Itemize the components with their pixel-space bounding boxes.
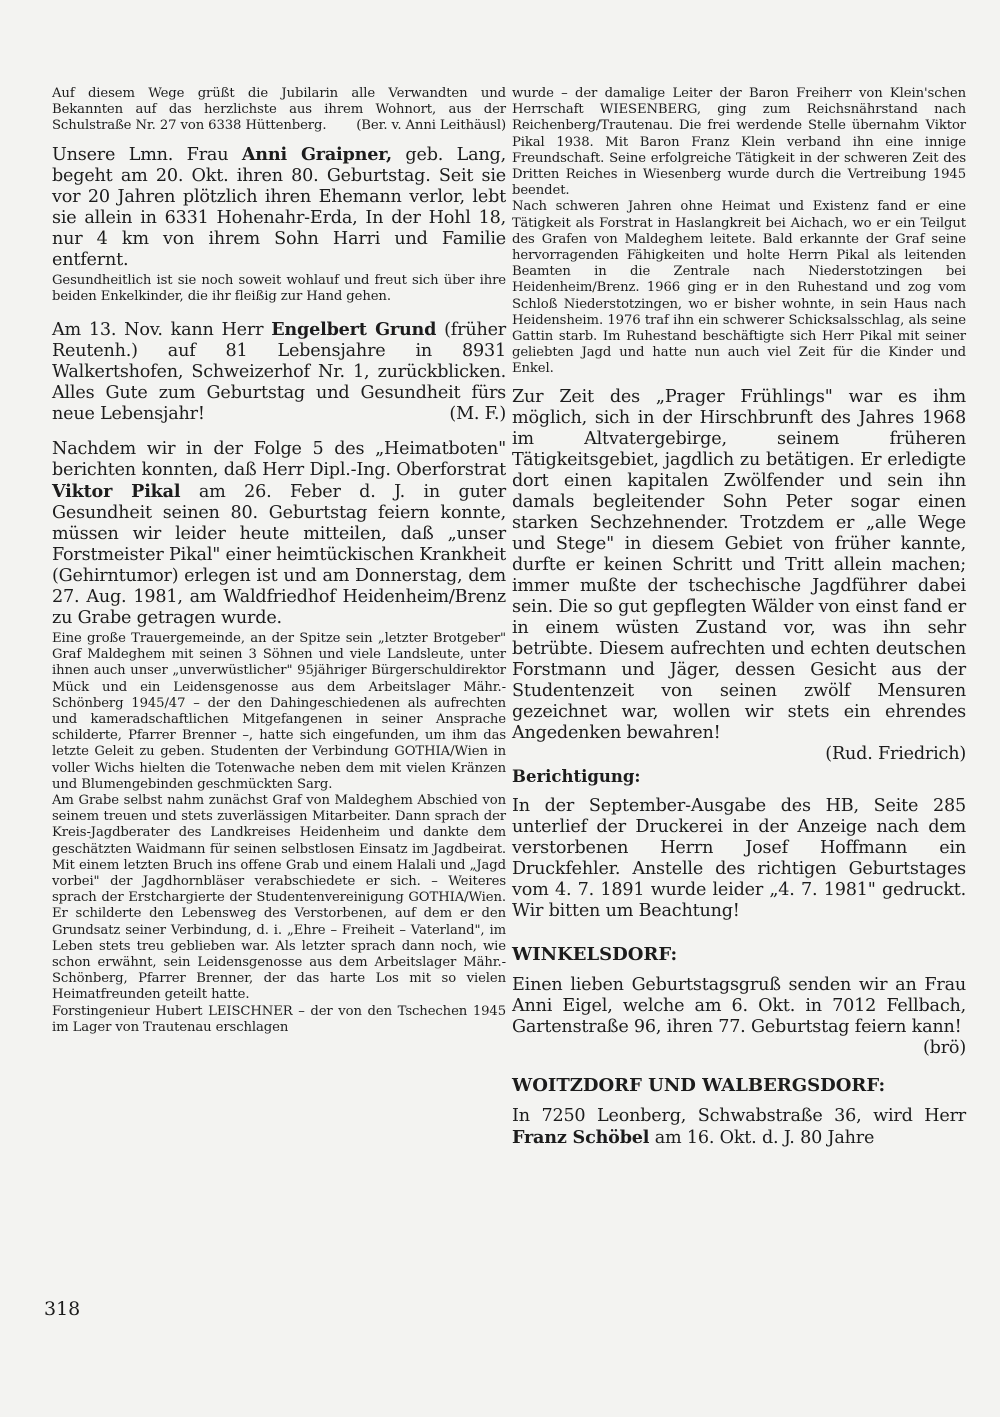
paragraph-leischner: Forstingenieur Hubert LEISCHNER – der vo… (52, 1004, 506, 1036)
paragraph-text: In 7250 Leonberg, Schwabstraße 36, wird … (512, 1106, 966, 1126)
paragraph-viktor-pikal-obituary: Nachdem wir in der Folge 5 des „Heimatbo… (52, 439, 506, 629)
paragraph-anni-eigel: Einen lieben Geburtstagsgruß senden wir … (512, 975, 966, 1059)
author-signature: (M. F.) (449, 404, 506, 425)
paragraph-franz-schoebel: In 7250 Leonberg, Schwabstraße 36, wird … (512, 1106, 966, 1149)
paragraph-wiesenberg: wurde – der damalige Leiter der Baron Fr… (512, 86, 966, 199)
section-heading-berichtigung: Berichtigung: (512, 767, 966, 787)
person-name: Viktor Pikal (52, 481, 180, 502)
person-name: Franz Schöbel (512, 1127, 649, 1148)
paragraph-greeting-huettenberg: Auf diesem Wege grüßt die Jubilarin alle… (52, 86, 506, 135)
author-signature: (brö) (923, 1038, 966, 1059)
person-name: Engelbert Grund (271, 319, 436, 340)
paragraph-health: Gesundheitlich ist sie noch soweit wohla… (52, 273, 506, 305)
author-signature: (Rud. Friedrich) (512, 744, 966, 765)
section-heading-winkelsdorf: WINKELSDORF: (512, 944, 966, 966)
paragraph-text: Nachdem wir in der Folge 5 des „Heimatbo… (52, 439, 506, 480)
left-column: Auf diesem Wege grüßt die Jubilarin alle… (52, 86, 506, 1036)
paragraph-text: Unsere Lmn. Frau (52, 145, 242, 165)
paragraph-after-expulsion: Nach schweren Jahren ohne Heimat und Exi… (512, 199, 966, 377)
section-heading-woitzdorf-walbergsdorf: WOITZDORF UND WALBERGSDORF: (512, 1075, 966, 1097)
paragraph-text: am 26. Feber d. J. in guter Gesundheit s… (52, 482, 506, 628)
paragraph-text: Einen lieben Geburtstagsgruß senden wir … (512, 975, 966, 1037)
paragraph-text: am 16. Okt. d. J. 80 Jahre (649, 1128, 874, 1148)
paragraph-text: Am 13. Nov. kann Herr (52, 320, 271, 340)
paragraph-anni-graipner: Unsere Lmn. Frau Anni Graipner, geb. Lan… (52, 144, 506, 271)
paragraph-prague-spring: Zur Zeit des „Prager Frühlings" war es i… (512, 387, 966, 744)
paragraph-graveside: Am Grabe selbst nahm zunächst Graf von M… (52, 793, 506, 1004)
author-signature: (Ber. v. Anni Leithäusl) (356, 118, 506, 134)
paragraph-engelbert-grund: Am 13. Nov. kann Herr Engelbert Grund (f… (52, 319, 506, 425)
newspaper-page: Auf diesem Wege grüßt die Jubilarin alle… (0, 0, 1000, 1417)
right-column: wurde – der damalige Leiter der Baron Fr… (512, 86, 966, 1149)
paragraph-funeral: Eine große Trauergemeinde, an der Spitze… (52, 631, 506, 793)
person-name: Anni Graipner, (242, 144, 392, 165)
paragraph-correction: In der September-Ausgabe des HB, Seite 2… (512, 796, 966, 922)
page-number: 318 (44, 1298, 80, 1320)
